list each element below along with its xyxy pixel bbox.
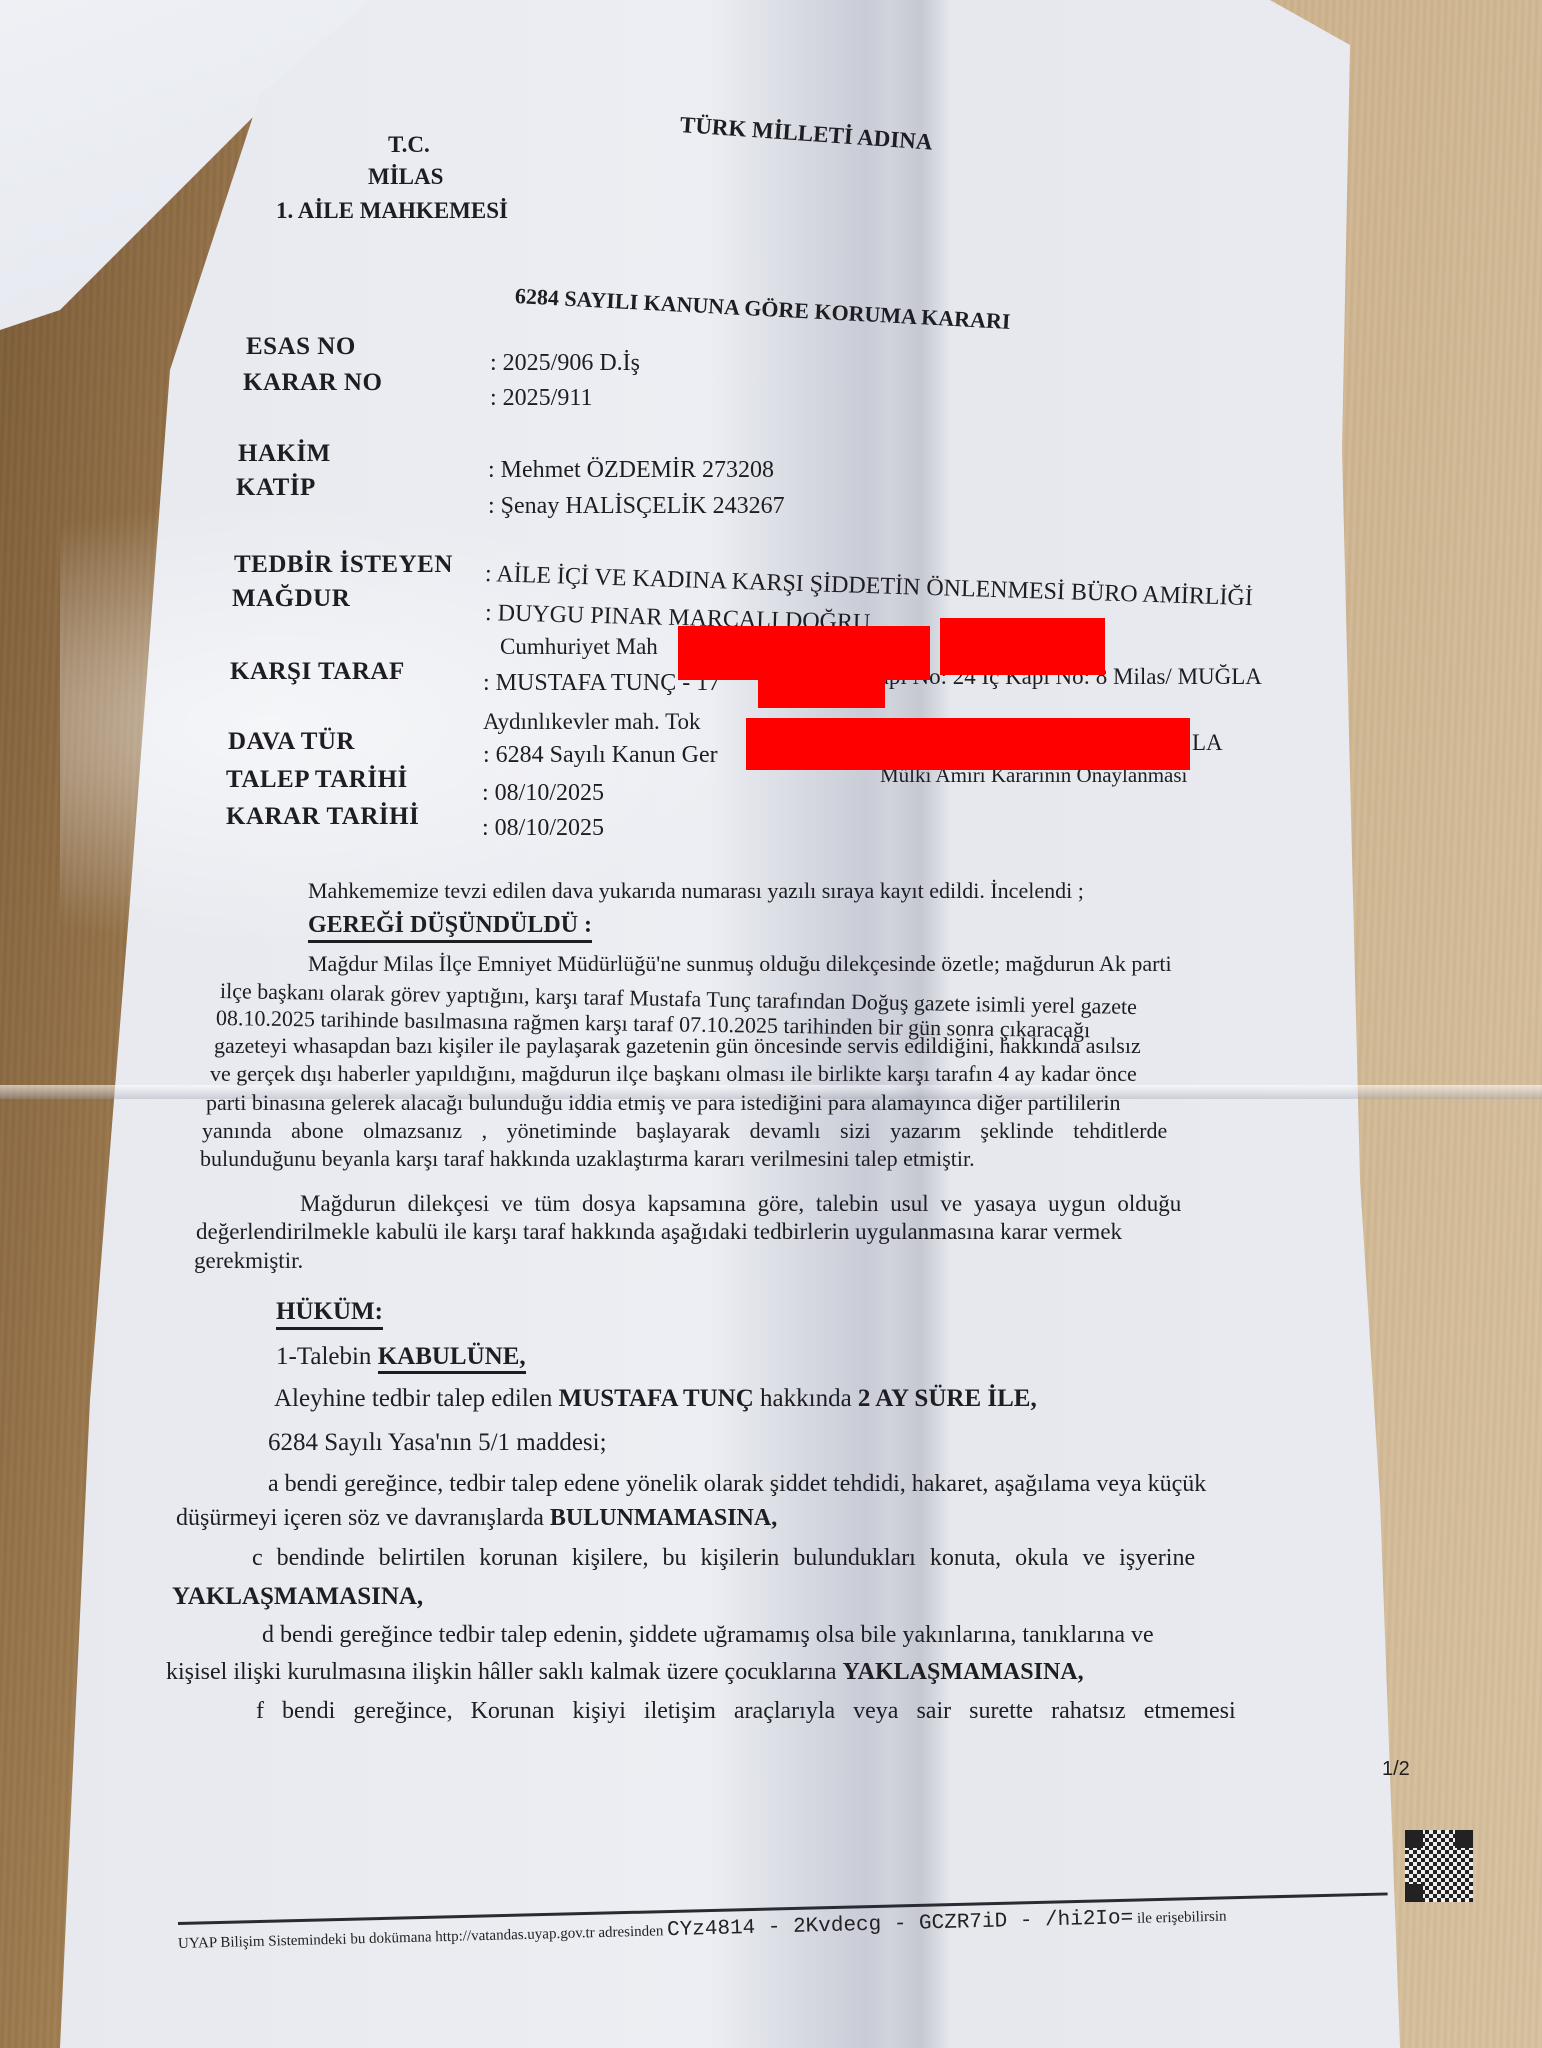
- a-bendi-bold: BULUNMAMASINA,: [550, 1505, 777, 1531]
- para1-line: gazeteyi whasapdan bazı kişiler ile payl…: [214, 1033, 1141, 1059]
- aleyhine-prefix: Aleyhine tedbir talep edilen: [274, 1385, 559, 1412]
- d-bendi-text: kişisel ilişki kurulmasına ilişkin hâlle…: [166, 1659, 843, 1685]
- intro-text: Mahkememize tevzi edilen dava yukarıda n…: [308, 878, 1084, 904]
- karsi-taraf-address: Aydınlıkevler mah. Tok: [483, 709, 701, 735]
- item1-line: 1-Talebin KABULÜNE,: [276, 1343, 526, 1371]
- f-bendi-line1: f bendi gereğince, Korunan kişiyi iletiş…: [256, 1698, 1236, 1725]
- d-bendi-line2: kişisel ilişki kurulmasına ilişkin hâlle…: [166, 1659, 1084, 1686]
- para2-line: gerekmiştir.: [194, 1248, 303, 1274]
- karar-no-value: : 2025/911: [490, 385, 592, 412]
- hakim-label: HAKİM: [238, 440, 331, 468]
- karsi-taraf-label: KARŞI TARAF: [230, 658, 405, 686]
- hakim-value: : Mehmet ÖZDEMİR 273208: [488, 457, 774, 484]
- esas-label: ESAS NO: [246, 333, 356, 361]
- qr-code-icon: [1405, 1830, 1473, 1902]
- redaction-box: [746, 718, 1190, 770]
- esas-value: : 2025/906 D.İş: [490, 350, 640, 377]
- footer-suffix: ile erişebilirsin: [1133, 1909, 1227, 1927]
- yasa-line: 6284 Sayılı Yasa'nın 5/1 maddesi;: [268, 1429, 607, 1457]
- c-bendi-bold: YAKLAŞMAMASINA,: [172, 1583, 423, 1611]
- header-tc: T.C.: [388, 132, 430, 158]
- aleyhine-duration: 2 AY SÜRE İLE,: [858, 1385, 1037, 1412]
- para2-line: Mağdurun dilekçesi ve tüm dosya kapsamın…: [300, 1191, 1181, 1217]
- para1-line: bulunduğunu beyanla karşı taraf hakkında…: [200, 1146, 975, 1172]
- para1-line: parti binasına gelerek alacağı bulunduğu…: [206, 1090, 1121, 1116]
- tedbir-isteyen-label: TEDBİR İSTEYEN: [234, 551, 453, 579]
- hukum-heading: HÜKÜM:: [276, 1298, 383, 1330]
- a-bendi-text: düşürmeyi içeren söz ve davranışlarda: [176, 1505, 550, 1531]
- dava-tur-label: DAVA TÜR: [228, 728, 355, 756]
- a-bendi-line2: düşürmeyi içeren söz ve davranışlarda BU…: [176, 1505, 777, 1532]
- karar-tarihi-label: KARAR TARİHİ: [226, 803, 419, 831]
- a-bendi-line1: a bendi gereğince, tedbir talep edene yö…: [268, 1471, 1206, 1498]
- aleyhine-line: Aleyhine tedbir talep edilen MUSTAFA TUN…: [274, 1385, 1037, 1413]
- talep-tarihi-label: TALEP TARİHİ: [226, 766, 408, 794]
- dava-tur-value: : 6284 Sayılı Kanun Ger: [483, 742, 718, 769]
- katip-value: : Şenay HALİSÇELİK 243267: [488, 493, 785, 520]
- para2-line: değerlendirilmekle kabulü ile karşı tara…: [196, 1219, 1122, 1245]
- redaction-box: [758, 672, 885, 708]
- karar-tarihi-value: : 08/10/2025: [482, 815, 604, 842]
- para1-line: yanında abone olmazsanız , yönetiminde b…: [202, 1118, 1167, 1144]
- redaction-box: [940, 618, 1105, 675]
- d-bendi-bold: YAKLAŞMAMASINA,: [843, 1659, 1084, 1685]
- para1-line: Mağdur Milas İlçe Emniyet Müdürlüğü'ne s…: [308, 951, 1172, 977]
- karsi-taraf-address-tail: LA: [1192, 730, 1223, 756]
- header-court: 1. AİLE MAHKEMESİ: [276, 198, 508, 224]
- d-bendi-line1: d bendi gereğince tedbir talep edenin, ş…: [262, 1622, 1154, 1649]
- magdur-address: Cumhuriyet Mah: [500, 634, 658, 660]
- page-number: 1/2: [1382, 1758, 1410, 1781]
- magdur-label: MAĞDUR: [232, 585, 350, 613]
- item1-kabulune: KABULÜNE,: [378, 1343, 526, 1374]
- aleyhine-mid: hakkında: [754, 1385, 858, 1412]
- c-bendi-line1: c bendinde belirtilen korunan kişilere, …: [252, 1545, 1195, 1572]
- para1-line: ve gerçek dışı haberler yapıldığını, mağ…: [210, 1061, 1137, 1087]
- katip-label: KATİP: [236, 474, 316, 502]
- karar-no-label: KARAR NO: [243, 369, 382, 397]
- gerekgi-dusunuldu-heading: GEREĞİ DÜŞÜNDÜLDÜ :: [308, 912, 592, 943]
- item1-prefix: 1-Talebin: [276, 1343, 378, 1370]
- header-city: MİLAS: [368, 164, 443, 190]
- talep-tarihi-value: : 08/10/2025: [482, 780, 604, 807]
- aleyhine-name: MUSTAFA TUNÇ: [559, 1385, 754, 1412]
